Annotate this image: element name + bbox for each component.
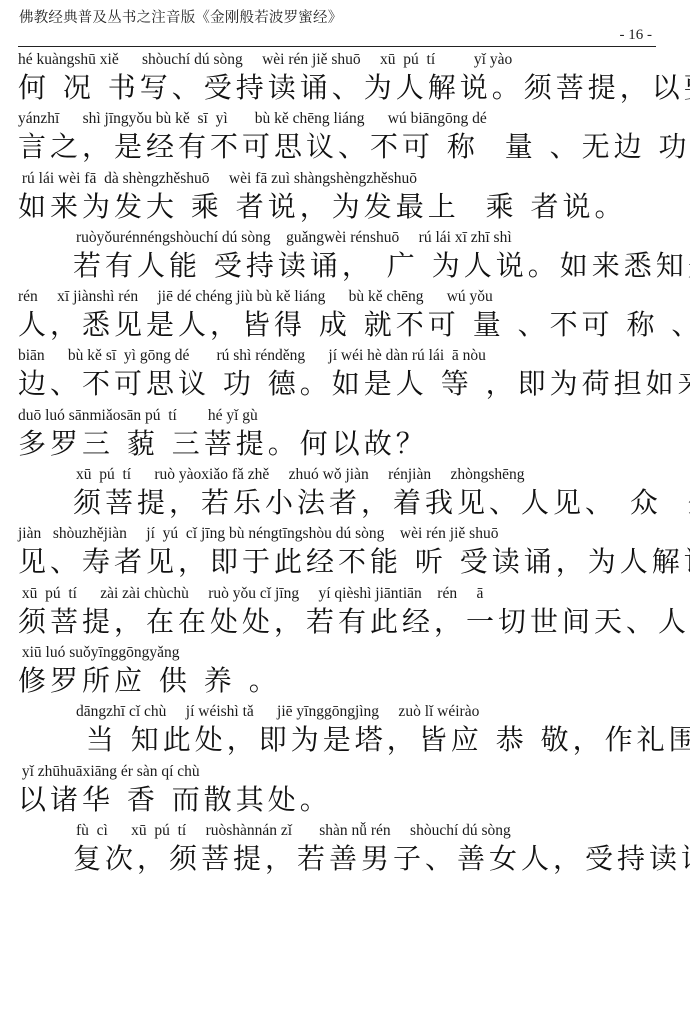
chinese-text: 修罗所应 供 养 。 — [18, 664, 281, 698]
chinese-text: 复次，须菩提，若善男子、善女人，受持读诵 — [73, 842, 690, 876]
text-line-5: rén xī jiànshì rén jiē dé chéng jiù bù k… — [18, 286, 658, 345]
book-series-title: 佛教经典普及丛书之注音版《金刚般若波罗蜜经》 — [19, 6, 342, 27]
pinyin-annotation: xū pú tí zài zài chùchù ruò yǒu cǐ jīng … — [18, 585, 483, 603]
chinese-text: 多罗三 藐 三菩提。何以故？ — [18, 427, 428, 461]
chinese-text: 须菩提，在在处处，若有此经，一切世间天、人、阿 — [18, 605, 690, 639]
text-line-7: duō luó sānmiǎosān pú tí hé yǐ gù 多罗三 藐 … — [18, 405, 658, 464]
sutra-text-body: hé kuàngshū xiě shòuchí dú sòng wèi rén … — [18, 49, 658, 879]
text-line-6: biān bù kě sī yì gōng dé rú shì rénděng … — [18, 345, 658, 404]
pinyin-annotation: yánzhī shì jīngyǒu bù kě sī yì bù kě chē… — [18, 110, 487, 128]
page-number: - 16 - — [620, 27, 653, 44]
chinese-text: 人，悉见是人，皆得 成 就不可 量 、不可 称 、无有 — [18, 308, 690, 342]
pinyin-annotation: xiū luó suǒyīnggōngyǎng — [18, 644, 179, 662]
text-line-10: xū pú tí zài zài chùchù ruò yǒu cǐ jīng … — [18, 583, 658, 642]
pinyin-annotation: fù cì xū pú tí ruòshànnán zǐ shàn nǚ rén… — [76, 822, 511, 840]
text-line-12: dāngzhī cǐ chù jí wéishì tǎ jiē yīnggōng… — [18, 701, 658, 760]
text-line-9: jiàn shòuzhějiàn jí yú cǐ jīng bù néngtī… — [18, 523, 658, 582]
pinyin-annotation: biān bù kě sī yì gōng dé rú shì rénděng … — [18, 347, 486, 365]
chinese-text: 见、寿者见，即于此经不能 听 受读诵，为人解说。 — [18, 545, 690, 579]
chinese-text: 须菩提，若乐小法者，着我见、人见、 众 生 — [73, 486, 690, 520]
pinyin-annotation: rú lái wèi fā dà shèngzhěshuō wèi fā zuì… — [18, 170, 417, 188]
header-divider — [18, 46, 656, 47]
text-line-8: xū pú tí ruò yàoxiǎo fǎ zhě zhuó wǒ jiàn… — [18, 464, 658, 523]
chinese-text: 言之，是经有不可思议、不可 称 量 、无边 功德。 — [18, 130, 690, 164]
chinese-text: 何 况 书写、受持读诵、为人解说。须菩提，以要 — [18, 71, 690, 105]
chinese-text: 以诸华 香 而散其处。 — [18, 783, 332, 817]
text-line-11: xiū luó suǒyīnggōngyǎng 修罗所应 供 养 。 — [18, 642, 658, 701]
text-line-4: ruòyǒurénnéngshòuchí dú sòng guǎngwèi ré… — [18, 227, 658, 286]
chinese-text: 边、不可思议 功 德。如是人 等 ，即为荷担如来阿耨 — [18, 367, 690, 401]
pinyin-annotation: hé kuàngshū xiě shòuchí dú sòng wèi rén … — [18, 51, 512, 69]
chinese-text: 当 知此处，即为是塔，皆应 恭 敬，作礼围绕， — [73, 723, 690, 757]
pinyin-annotation: rén xī jiànshì rén jiē dé chéng jiù bù k… — [18, 288, 493, 306]
pinyin-annotation: ruòyǒurénnéngshòuchí dú sòng guǎngwèi ré… — [76, 229, 512, 247]
pinyin-annotation: jiàn shòuzhějiàn jí yú cǐ jīng bù néngtī… — [18, 525, 498, 543]
chinese-text: 如来为发大 乘 者说，为发最上 乘 者说。 — [18, 190, 627, 224]
text-line-2: yánzhī shì jīngyǒu bù kě sī yì bù kě chē… — [18, 108, 658, 167]
text-line-1: hé kuàngshū xiě shòuchí dú sòng wèi rén … — [18, 49, 658, 108]
text-line-3: rú lái wèi fā dà shèngzhěshuō wèi fā zuì… — [18, 168, 658, 227]
pinyin-annotation: xū pú tí ruò yàoxiǎo fǎ zhě zhuó wǒ jiàn… — [76, 466, 525, 484]
text-line-14: fù cì xū pú tí ruòshànnán zǐ shàn nǚ rén… — [18, 820, 658, 879]
text-line-13: yǐ zhūhuāxiāng ér sàn qí chù 以诸华 香 而散其处。 — [18, 761, 658, 820]
pinyin-annotation: duō luó sānmiǎosān pú tí hé yǐ gù — [18, 407, 258, 425]
pinyin-annotation: yǐ zhūhuāxiāng ér sàn qí chù — [18, 763, 200, 781]
pinyin-annotation: dāngzhī cǐ chù jí wéishì tǎ jiē yīnggōng… — [76, 703, 479, 721]
chinese-text: 若有人能 受持读诵， 广 为人说。如来悉知是 — [73, 249, 690, 283]
